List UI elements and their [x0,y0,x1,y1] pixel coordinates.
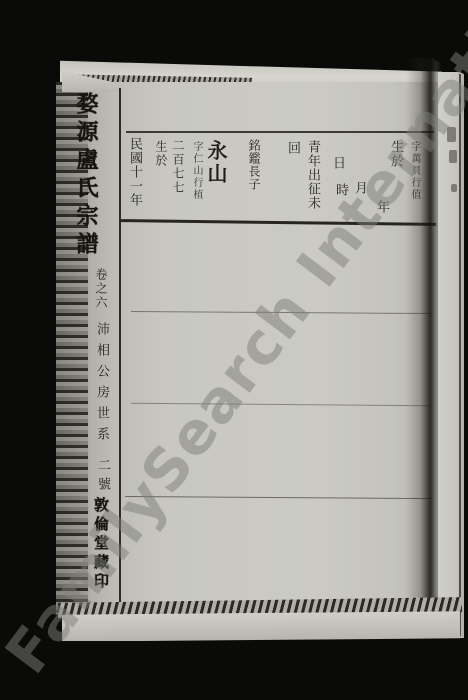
entry-left-birth-date: 民國十一年 [128,137,141,207]
entry-right-day-label: 日 [331,156,344,170]
facing-page-edge-line [459,74,461,636]
photo-of-genealogy-book: 婺源盧氏宗譜 卷之六 沛相公房世系 二號 敦倫堂藏印 字萬貝行值 生於 年 月 … [0,0,468,700]
spine-title: 婺源盧氏宗譜 [74,92,96,260]
spine-section-label: 沛相公房世系 [95,322,108,448]
spine-volume-label: 卷之六 [95,268,107,310]
entry-left-rank-number: 二百七七 [172,139,184,195]
entry-left-name: 永山 [206,140,226,186]
entry-left-courtesy-note: 字仁山行植 [191,141,201,201]
background-top [0,0,468,56]
entry-left-born-label: 生於 [155,140,167,168]
ink-smudge [449,150,457,163]
page-stack-bottom-edge [62,611,460,641]
entry-right-note-line2: 回 [286,141,299,155]
entry-left-parent-line: 銘鑑長子 [248,139,260,191]
ink-smudge [451,184,457,192]
entry-right-note-line1: 青年出征未 [306,140,319,210]
